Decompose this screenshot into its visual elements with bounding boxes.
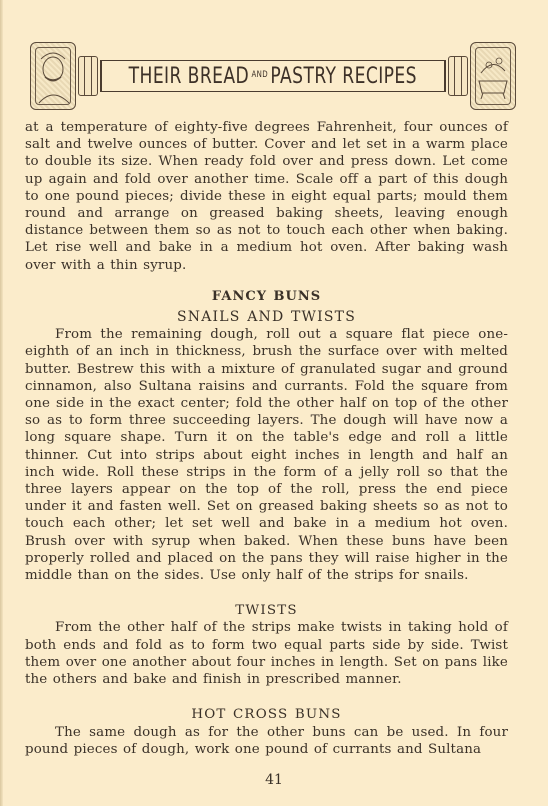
heading-hot-cross-buns: HOT CROSS BUNS	[25, 706, 508, 723]
title-part-2: Pastry Recipes	[271, 64, 417, 89]
banner-title-band: Their BreadandPastry Recipes	[100, 60, 446, 92]
paragraph-snails: From the remaining dough, roll out a squ…	[25, 326, 508, 584]
title-part-1: Their Bread	[129, 64, 249, 89]
bakery-scene-icon	[470, 42, 516, 110]
page-number: 41	[0, 772, 548, 788]
heading-twists: TWISTS	[25, 602, 508, 619]
page-body: at a temperature of eighty-five degrees …	[25, 119, 508, 758]
paragraph-twists: From the other half of the strips make t…	[25, 619, 508, 688]
paragraph-intro: at a temperature of eighty-five degrees …	[25, 119, 508, 274]
header-banner: Their BreadandPastry Recipes	[30, 42, 516, 110]
heading-fancy-buns: FANCY BUNS	[25, 288, 508, 305]
scroll-end-left	[78, 56, 98, 96]
paragraph-hot-cross-buns: The same dough as for the other buns can…	[25, 724, 508, 758]
book-title: Their BreadandPastry Recipes	[129, 64, 417, 89]
title-and: and	[252, 70, 269, 80]
scroll-end-right	[448, 56, 468, 96]
chef-portrait-icon	[30, 42, 76, 110]
heading-snails-and-twists: SNAILS AND TWISTS	[25, 309, 508, 326]
page-edge	[0, 0, 3, 806]
